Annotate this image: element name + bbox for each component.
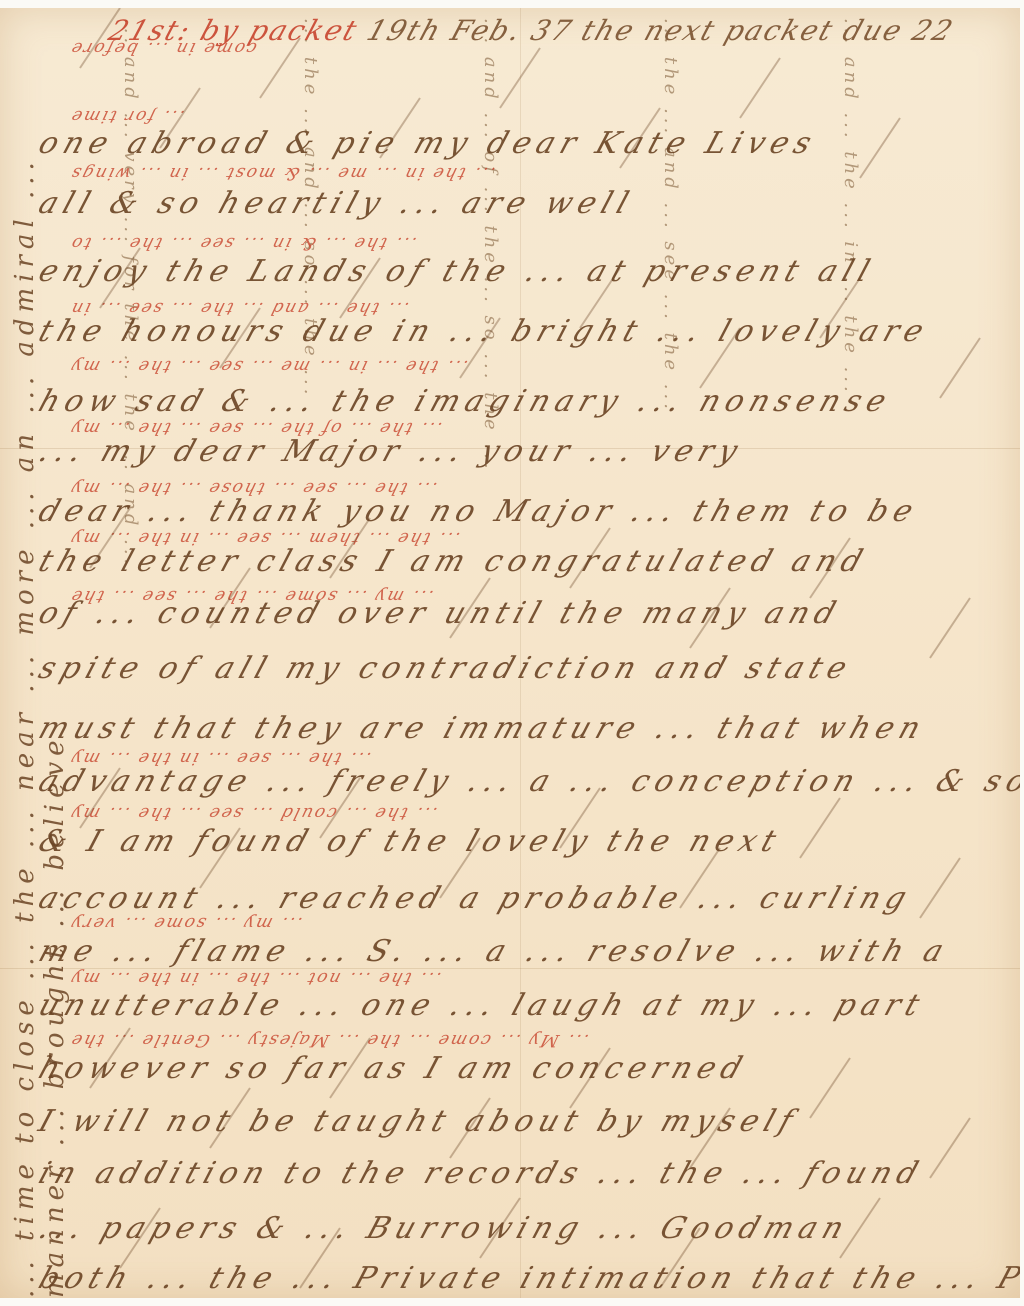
red-ink-line: ... for time (67, 106, 186, 126)
handwritten-line: both ... the ... Private intimation that… (34, 1261, 1020, 1296)
handwritten-line: all & so heartily ... are well (34, 186, 639, 221)
handwritten-line: the honours due in ... bright ... lovely… (34, 314, 934, 349)
red-ink-line: come in ... before (67, 38, 259, 58)
handwritten-line: me ... flame ... S. ... a ... resolve ..… (34, 934, 954, 969)
handwritten-line: of ... counted over until the many and (34, 596, 846, 631)
red-ink-line: ... the ... could ... see ... the ... my (67, 803, 439, 823)
handwritten-line: I will not be taught about by myself (34, 1104, 803, 1139)
handwritten-line: ... papers & ... Burrowing ... Goodman (34, 1211, 854, 1246)
handwritten-line: however so far as I am concerned (34, 1051, 752, 1086)
red-ink-line: ... the ... & in ... see ... the ... to (67, 233, 419, 253)
handwritten-line: unutterable ... one ... laugh at my ... … (34, 988, 929, 1023)
red-ink-line: ... the in ... me ... & most ... in ... … (67, 163, 497, 183)
handwritten-line: one abroad & pie my dear Kate Lives (34, 126, 821, 161)
handwritten-line: the letter class I am congratulated and (34, 544, 872, 579)
handwritten-line: in addition to the records ... the ... f… (34, 1156, 928, 1191)
handwritten-line: advantage ... freely ... a ... conceptio… (34, 764, 1020, 799)
handwritten-line: & I am found of the lovely the next (34, 824, 786, 859)
handwritten-line: spite of all my contradiction and state (34, 651, 857, 686)
red-ink-line: ... the ... not ... the ... in the ... m… (67, 968, 443, 988)
handwritten-line: how sad & ... the imaginary ... nonsense (34, 384, 896, 419)
red-ink-line: ... my ... some ... very (67, 913, 304, 933)
header-date: 19th Feb. 37 the next packet due 22 (363, 14, 959, 47)
red-ink-line: ... My ... come ... the ... Majesty ... … (67, 1030, 591, 1050)
handwritten-line: ... my dear Major ... your ... very (34, 434, 748, 469)
handwritten-line: enjoy the Lands of the ... at present al… (34, 254, 880, 289)
handwritten-line: dear ... thank you no Major ... them to … (34, 494, 923, 529)
letter-page: ... and ... very ... for the ... the ...… (0, 8, 1020, 1298)
handwritten-line: must that they are immature ... that whe… (34, 711, 931, 746)
handwritten-line: account ... reached a probable ... curli… (34, 881, 916, 916)
red-ink-line: ... the ... in ... me ... see ... the ..… (67, 356, 470, 376)
